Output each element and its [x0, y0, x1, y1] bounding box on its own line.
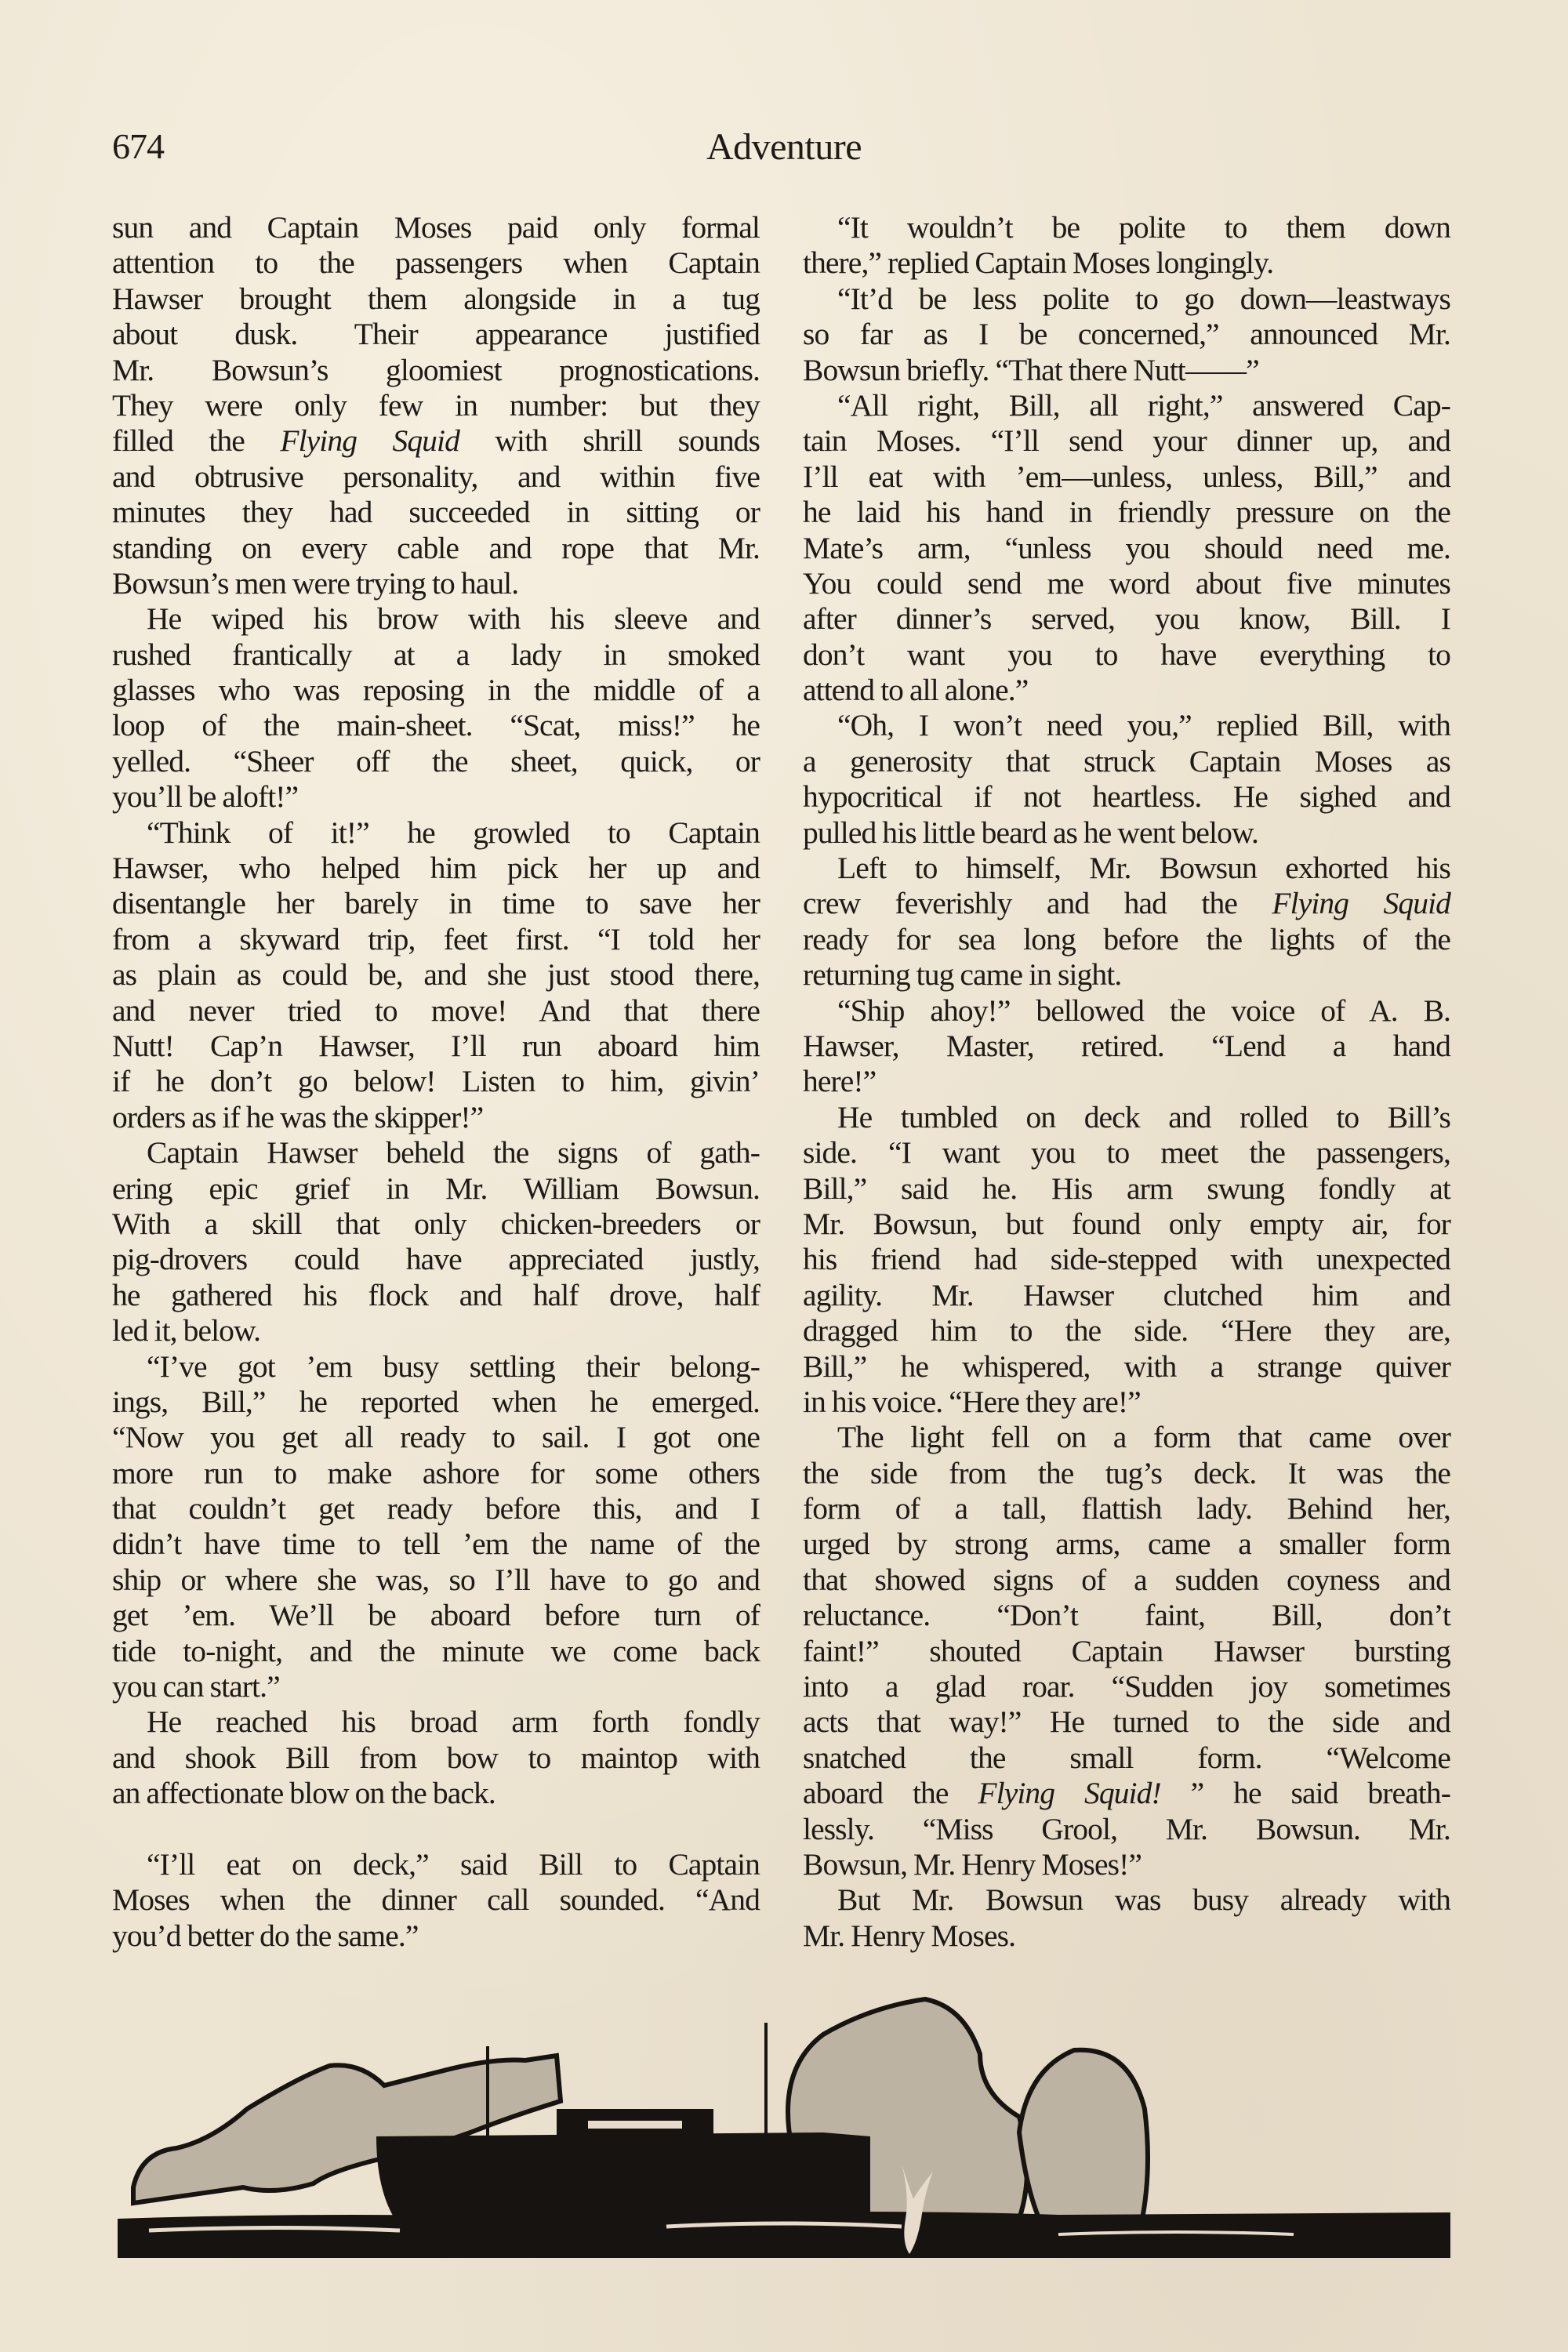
text-line: “Ship ahoy!” bellowed the voice of A. B.: [803, 993, 1450, 1029]
text-line: snatched the small form. “Welcome: [803, 1740, 1450, 1776]
text-line: he laid his hand in friendly pressure on…: [803, 495, 1450, 530]
text-line: tide to-night, and the minute we come ba…: [112, 1634, 760, 1669]
text-line: his friend had side-stepped with unexpec…: [803, 1242, 1450, 1277]
text-line: faint!” shouted Captain Hawser bursting: [803, 1634, 1450, 1669]
text-line: “It wouldn’t be polite to them down: [803, 210, 1450, 245]
text-line: yelled. “Sheer off the sheet, quick, or: [112, 744, 760, 779]
text-line: “Oh, I won’t need you,” replied Bill, wi…: [803, 708, 1450, 743]
right-column: “It wouldn’t be polite to them downthere…: [803, 210, 1450, 1954]
text-line: that couldn’t get ready before this, and…: [112, 1491, 760, 1526]
text-line: led it, below.: [112, 1313, 760, 1348]
text-line: you’d better do the same.”: [112, 1918, 760, 1954]
running-title: Adventure: [0, 125, 1568, 169]
text-line: from a skyward trip, feet first. “I told…: [112, 922, 760, 957]
text-line: returning tug came in sight.: [803, 957, 1450, 993]
text-line: He reached his broad arm forth fondly: [112, 1704, 760, 1740]
text-line: Mr. Bowsun, but found only empty air, fo…: [803, 1207, 1450, 1242]
text-line: standing on every cable and rope that Mr…: [112, 531, 760, 566]
text-line: orders as if he was the skipper!”: [112, 1100, 760, 1135]
text-line: filled the Flying Squid with shrill soun…: [112, 423, 760, 459]
text-line: sun and Captain Moses paid only formal: [112, 210, 760, 245]
text-line: Captain Hawser beheld the signs of gath-: [112, 1135, 760, 1171]
text-line: the side from the tug’s deck. It was the: [803, 1456, 1450, 1491]
ship-name-italic: Flying Squid: [280, 423, 459, 458]
text-line: Hawser, who helped him pick her up and: [112, 851, 760, 886]
text-line: minutes they had succeeded in sitting or: [112, 495, 760, 530]
text-line: “Now you get all ready to sail. I got on…: [112, 1420, 760, 1455]
text-line: into a glad roar. “Sudden joy sometimes: [803, 1669, 1450, 1704]
text-line: you can start.”: [112, 1669, 760, 1704]
text-line: there,” replied Captain Moses longingly.: [803, 245, 1450, 281]
text-line: ings, Bill,” he reported when he emerged…: [112, 1385, 760, 1420]
text-line: rushed frantically at a lady in smoked: [112, 637, 760, 673]
text-line: “I’ll eat on deck,” said Bill to Captain: [112, 1847, 760, 1882]
text-line: didn’t have time to tell ’em the name of…: [112, 1526, 760, 1562]
text-line: get ’em. We’ll be aboard before turn of: [112, 1598, 760, 1633]
text-line: Bill,” he whispered, with a strange quiv…: [803, 1349, 1450, 1385]
text-line: that showed signs of a sudden coyness an…: [803, 1563, 1450, 1598]
text-line: hypocritical if not heartless. He sighed…: [803, 779, 1450, 815]
text-line: disentangle her barely in time to save h…: [112, 886, 760, 921]
text-line: more run to make ashore for some others: [112, 1456, 760, 1491]
text-line: I’ll eat with ’em—unless, unless, Bill,”…: [803, 459, 1450, 495]
text-line: Left to himself, Mr. Bowsun exhorted his: [803, 851, 1450, 886]
text-line: He wiped his brow with his sleeve and: [112, 601, 760, 637]
text-line: reluctance. “Don’t faint, Bill, don’t: [803, 1598, 1450, 1633]
text-line: pig-drovers could have appreciated justl…: [112, 1242, 760, 1277]
text-line: aboard the Flying Squid! ” he said breat…: [803, 1776, 1450, 1811]
text-line: crew feverishly and had the Flying Squid: [803, 886, 1450, 921]
text-line: attend to all alone.”: [803, 673, 1450, 708]
left-column: sun and Captain Moses paid only formalat…: [112, 210, 760, 1954]
text-line: “All right, Bill, all right,” answered C…: [803, 388, 1450, 423]
text-line: and never tried to move! And that there: [112, 993, 760, 1029]
ship-vignette-illustration: [118, 1991, 1450, 2258]
text-line: don’t want you to have everything to: [803, 637, 1450, 673]
text-line: attention to the passengers when Captain: [112, 245, 760, 281]
text-line: He tumbled on deck and rolled to Bill’s: [803, 1100, 1450, 1135]
text-line: ship or where she was, so I’ll have to g…: [112, 1563, 760, 1598]
text-line: if he don’t go below! Listen to him, giv…: [112, 1064, 760, 1099]
text-line: and shook Bill from bow to maintop with: [112, 1740, 760, 1776]
text-line: and obtrusive personality, and within fi…: [112, 459, 760, 495]
text-line: Hawser, Master, retired. “Lend a hand: [803, 1029, 1450, 1064]
paragraph-gap: [112, 1812, 760, 1847]
text-line: ready for sea long before the lights of …: [803, 922, 1450, 957]
text-line: here!”: [803, 1064, 1450, 1099]
text-line: a generosity that struck Captain Moses a…: [803, 744, 1450, 779]
text-line: “It’d be less polite to go down—leastway…: [803, 281, 1450, 317]
text-line: With a skill that only chicken-breeders …: [112, 1207, 760, 1242]
text-line: tain Moses. “I’ll send your dinner up, a…: [803, 423, 1450, 459]
text-line: form of a tall, flattish lady. Behind he…: [803, 1491, 1450, 1526]
text-line: Bill,” said he. His arm swung fondly at: [803, 1171, 1450, 1207]
text-line: lessly. “Miss Grool, Mr. Bowsun. Mr.: [803, 1812, 1450, 1847]
text-line: about dusk. Their appearance justified: [112, 317, 760, 352]
text-line: Nutt! Cap’n Hawser, I’ll run aboard him: [112, 1029, 760, 1064]
text-line: Mr. Henry Moses.: [803, 1918, 1450, 1954]
text-line: after dinner’s served, you know, Bill. I: [803, 601, 1450, 637]
text-line: loop of the main-sheet. “Scat, miss!” he: [112, 708, 760, 743]
text-line: But Mr. Bowsun was busy already with: [803, 1882, 1450, 1918]
text-line: as plain as could be, and she just stood…: [112, 957, 760, 993]
text-line: ering epic grief in Mr. William Bowsun.: [112, 1171, 760, 1207]
text-line: You could send me word about five minute…: [803, 566, 1450, 601]
text-line: you’ll be aloft!”: [112, 779, 760, 815]
text-line: Bowsun’s men were trying to haul.: [112, 566, 760, 601]
text-line: “I’ve got ’em busy settling their belong…: [112, 1349, 760, 1385]
text-line: They were only few in number: but they: [112, 388, 760, 423]
text-line: an affectionate blow on the back.: [112, 1776, 760, 1811]
text-line: so far as I be concerned,” announced Mr.: [803, 317, 1450, 352]
text-line: urged by strong arms, came a smaller for…: [803, 1526, 1450, 1562]
ship-name-italic: Flying Squid!: [978, 1776, 1160, 1810]
text-line: The light fell on a form that came over: [803, 1420, 1450, 1455]
text-line: Bowsun, Mr. Henry Moses!”: [803, 1847, 1450, 1882]
text-line: glasses who was reposing in the middle o…: [112, 673, 760, 708]
sea: [118, 2212, 1450, 2258]
text-line: pulled his little beard as he went below…: [803, 815, 1450, 851]
text-line: dragged him to the side. “Here they are,: [803, 1313, 1450, 1348]
text-line: Moses when the dinner call sounded. “And: [112, 1882, 760, 1918]
text-line: Hawser brought them alongside in a tug: [112, 281, 760, 317]
ship-name-italic: Flying Squid: [1272, 886, 1450, 920]
text-line: “Think of it!” he growled to Captain: [112, 815, 760, 851]
text-line: Mate’s arm, “unless you should need me.: [803, 531, 1450, 566]
text-line: Bowsun briefly. “That there Nutt——”: [803, 353, 1450, 388]
text-line: side. “I want you to meet the passengers…: [803, 1135, 1450, 1171]
text-line: agility. Mr. Hawser clutched him and: [803, 1278, 1450, 1313]
text-line: acts that way!” He turned to the side an…: [803, 1704, 1450, 1740]
text-line: he gathered his flock and half drove, ha…: [112, 1278, 760, 1313]
text-line: Mr. Bowsun’s gloomiest prognostications.: [112, 353, 760, 388]
text-line: in his voice. “Here they are!”: [803, 1385, 1450, 1420]
